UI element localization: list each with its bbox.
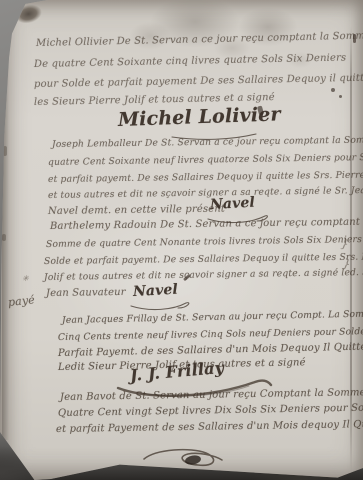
manuscript-line: Jolif et tous autres et dit ne sçavoir s… (44, 267, 363, 283)
manuscript-line: Barthelemy Radouin De St. Servan a ce jo… (50, 216, 363, 232)
ink-speck (339, 95, 342, 98)
manuscript-page: Michel Ollivier De St. Servan a ce jour … (0, 0, 363, 480)
ink-speck (331, 88, 335, 92)
manuscript-line: Parfait Payemt. de ses Sallaires d'un Mo… (58, 342, 363, 359)
manuscript-line: Quatre Cent vingt Sept livres Dix Sols S… (58, 402, 363, 419)
signature-navel: Navel (210, 195, 256, 213)
manuscript-line: et tous autres et dit ne sçavoir signer … (48, 185, 363, 201)
manuscript-line: Solde et parfait payemt. De ses Sallaire… (44, 251, 363, 267)
ink-speck (2, 234, 6, 241)
signature-flourish (128, 299, 196, 313)
torn-corner (13, 2, 44, 26)
manuscript-line: et parfait payemt. De ses Sallaires Dequ… (48, 169, 363, 185)
manuscript-line: Jean Sauvateur (46, 287, 126, 299)
manuscript-line: Somme de quatre Cent Nonante trois livre… (46, 234, 363, 250)
scanned-manuscript: Michel Ollivier De St. Servan a ce jour … (0, 0, 363, 480)
manuscript-line: Jean Bavot de St. Servan au jour reçu Co… (60, 387, 363, 403)
manuscript-line: Joseph Lemballeur De St. Servan a ce jou… (52, 134, 363, 150)
manuscript-line: Cinq Cents trente neuf livres Cinq Sols … (58, 326, 363, 343)
paraph-flourish (136, 445, 231, 471)
manuscript-line: quatre Cent Soixante neuf livres quatorz… (48, 152, 363, 168)
manuscript-line: Navel demt. en cette ville présent (48, 204, 225, 217)
signature-navel: Navel (133, 282, 179, 300)
ink-speck (3, 146, 7, 156)
ink-speck (353, 34, 356, 43)
manuscript-line: Michel Ollivier De St. Servan a ce jour … (36, 30, 363, 49)
margin-mark: ✳ (22, 274, 29, 283)
manuscript-line: Jean Jacques Frillay de St. Servan au jo… (62, 308, 363, 326)
right-brace-mark: } (340, 236, 350, 251)
margin-note-paye: payé (7, 293, 35, 309)
manuscript-line: De quatre Cent Soixante cinq livres quat… (34, 52, 346, 70)
manuscript-line: pour Solde et parfait payement De ses Sa… (34, 73, 363, 90)
manuscript-line: et parfait Payement de ses Sallaires d'u… (56, 419, 363, 435)
